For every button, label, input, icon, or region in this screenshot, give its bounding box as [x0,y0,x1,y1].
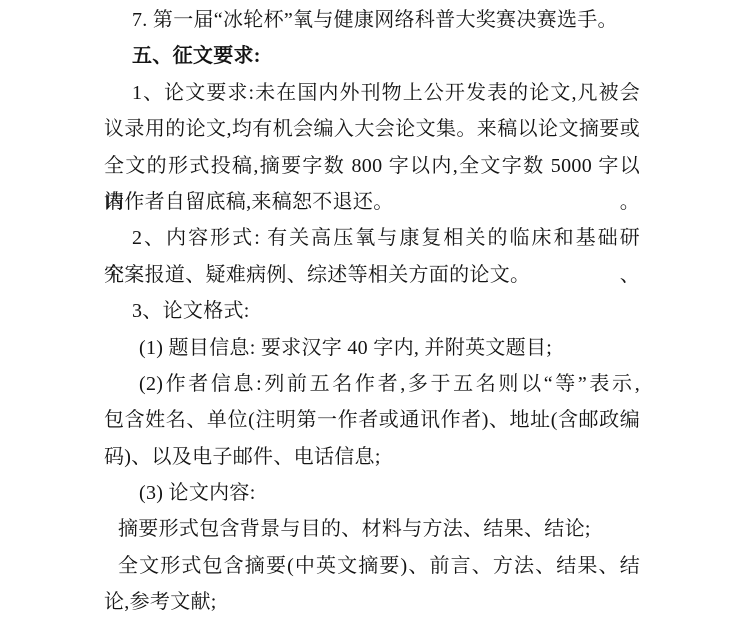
item-author-info-line-3: 码)、以及电子邮件、电话信息; [104,439,640,475]
fulltext-form-line-1: 全文形式包含摘要(中英文摘要)、前言、方法、结果、结 [104,548,640,584]
abstract-form-line: 摘要形式包含背景与目的、材料与方法、结果、结论; [104,511,640,547]
item-author-info-line-1: (2)作者信息:列前五名作者,多于五名则以“等”表示, [104,366,640,402]
item-title-info: (1) 题目信息: 要求汉字 40 字内, 并附英文题目; [104,330,640,366]
paragraph-3-heading: 3、论文格式: [104,293,640,329]
list-item-7: 7. 第一届“冰轮杯”氧与健康网络科普大奖赛决赛选手。 [104,2,640,38]
paragraph-1-line-3: 全文的形式投稿,摘要字数 800 字以内,全文字数 5000 字以内。 [104,148,640,184]
paragraph-1-line-2: 议录用的论文,均有机会编入大会论文集。来稿以论文摘要或 [104,111,640,147]
fulltext-form-line-2: 论,参考文献; [104,584,640,620]
item-author-info-line-2: 包含姓名、单位(注明第一作者或通讯作者)、地址(含邮政编 [104,402,640,438]
paragraph-2-line-1: 2、内容形式: 有关高压氧与康复相关的临床和基础研究、 [104,220,640,256]
text-column: 7. 第一届“冰轮杯”氧与健康网络科普大奖赛决赛选手。 五、征文要求: 1、论文… [0,0,740,621]
paragraph-1-line-1: 1、论文要求:未在国内外刊物上公开发表的论文,凡被会 [104,75,640,111]
item-paper-content: (3) 论文内容: [104,475,640,511]
document-page: 7. 第一届“冰轮杯”氧与健康网络科普大奖赛决赛选手。 五、征文要求: 1、论文… [0,0,740,632]
section-heading: 五、征文要求: [104,38,640,74]
